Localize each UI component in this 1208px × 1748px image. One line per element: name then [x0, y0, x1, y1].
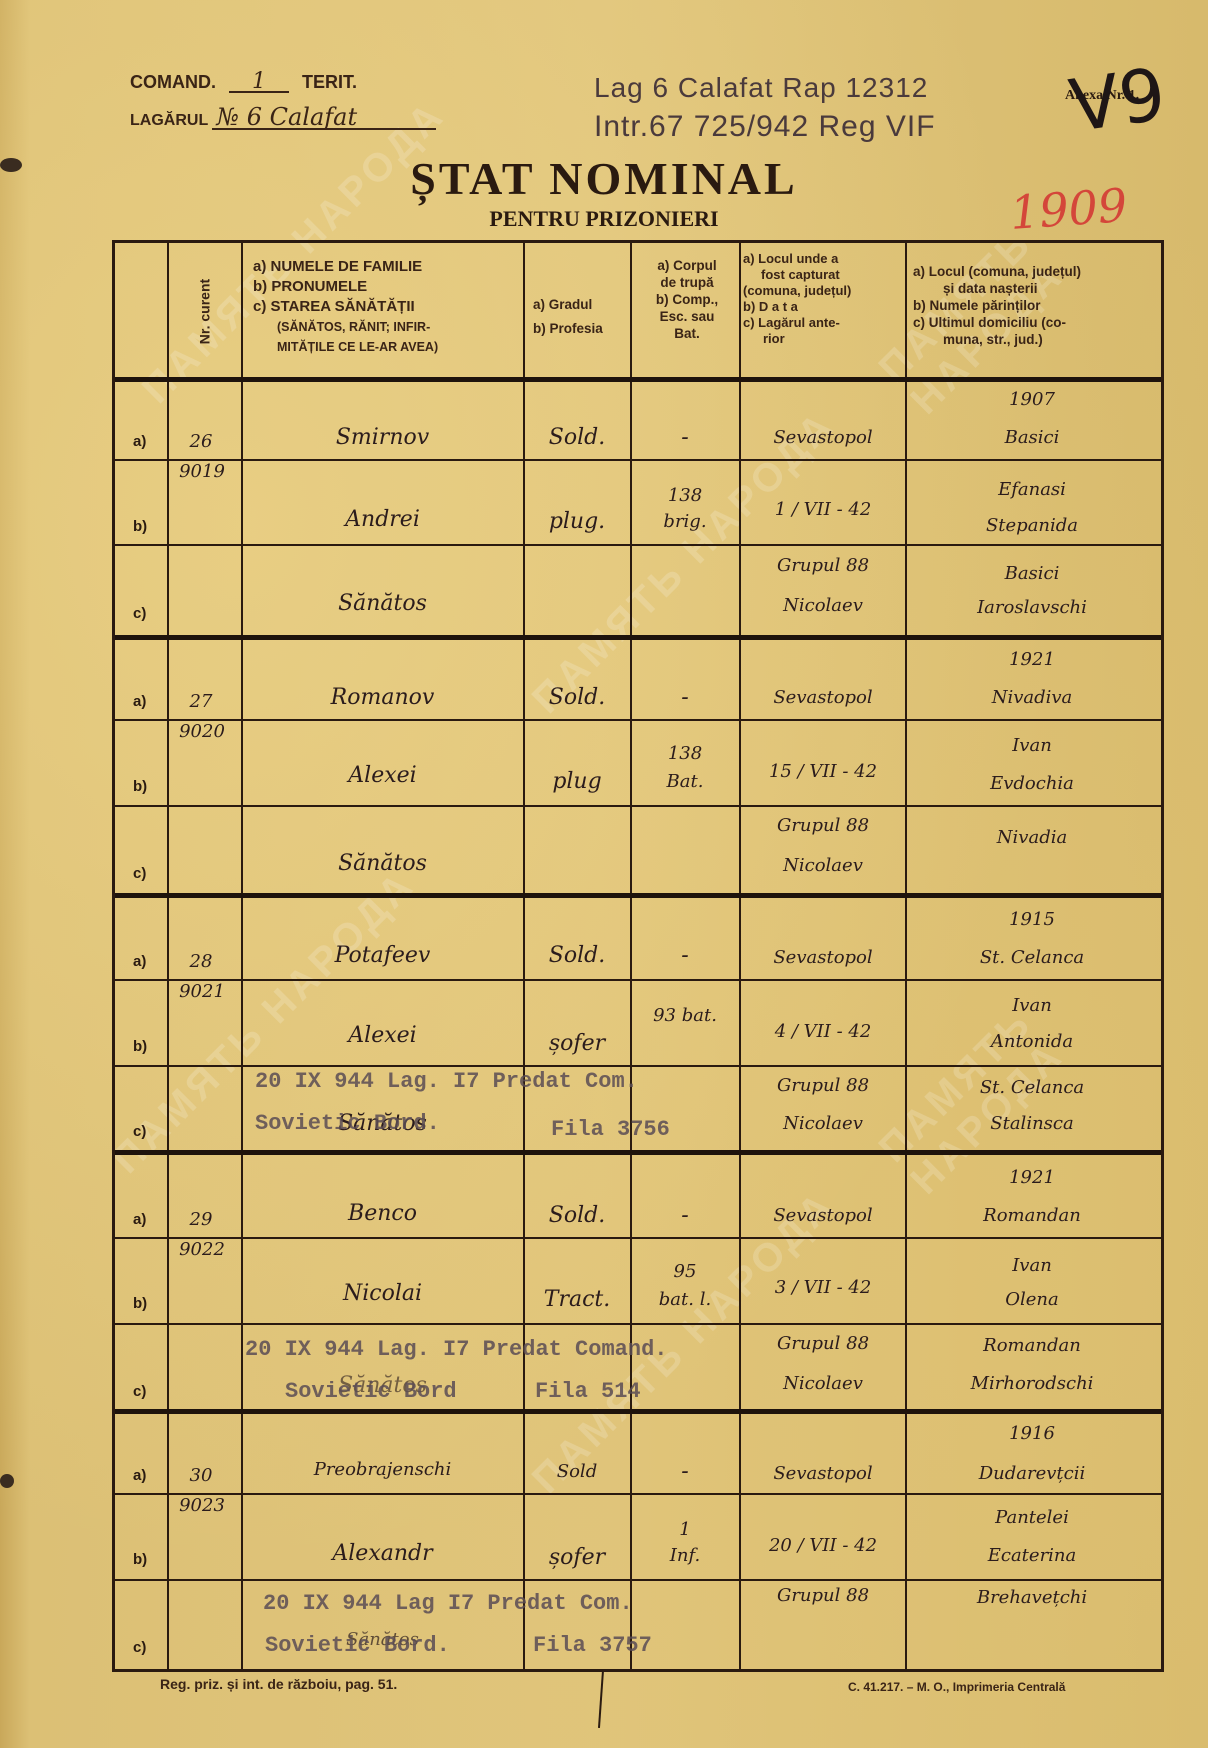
row-label-b: b) — [133, 778, 147, 795]
birth-place: Romandan — [907, 1205, 1157, 1226]
column-header-name: a) NUMELE DE FAMILIE b) PRONUMELE c) STA… — [253, 257, 518, 357]
capture-place: Sevastopol — [741, 427, 905, 448]
birth-year: 1921 — [907, 1167, 1157, 1188]
row-label-a: a) — [133, 693, 146, 710]
capture-date: 1 / VII - 42 — [741, 499, 905, 520]
binding-hole — [0, 1474, 14, 1488]
birth-year: 1915 — [907, 909, 1157, 930]
territory-label: TERIT. — [302, 72, 357, 92]
registration-number: 9022 — [167, 1239, 237, 1260]
unit-line-1: 138 — [632, 743, 738, 764]
capture-date: 4 / VII - 42 — [741, 1021, 905, 1042]
row-label-c: c) — [133, 1639, 146, 1656]
capture-place: Sevastopol — [741, 687, 905, 708]
last-domicile: Nivadia — [907, 827, 1157, 848]
capture-date: 15 / VII - 42 — [741, 761, 905, 782]
transfer-stamp: 20 IX 944 Lag. I7 Predat Comand. — [245, 1337, 667, 1362]
camp-value: № 6 Calafat — [212, 106, 436, 130]
capture-place: Sevastopol — [741, 1463, 905, 1484]
previous-camp: Grupul 88 — [741, 1585, 905, 1606]
previous-camp-city: Nicolaev — [741, 855, 905, 876]
pen-mark — [598, 1670, 604, 1728]
corps: - — [632, 425, 738, 450]
prisoner-register-table: Nr. curent a) NUMELE DE FAMILIE b) PRONU… — [112, 240, 1164, 1672]
birth-place: Nivadiva — [907, 687, 1157, 708]
entry-number: 27 — [171, 691, 231, 712]
health-status: Sănătos — [245, 591, 520, 616]
column-header-nr: Nr. curent — [175, 263, 235, 363]
row-label-b: b) — [133, 1551, 147, 1568]
grade: Sold — [525, 1461, 629, 1482]
profession: șofer — [525, 1031, 629, 1056]
last-domicile-district: Stalinsca — [907, 1113, 1157, 1134]
entry-number: 28 — [171, 951, 231, 972]
corps: - — [632, 1459, 738, 1484]
birth-year: 1907 — [907, 389, 1157, 410]
father-name: Ivan — [907, 1255, 1157, 1276]
previous-camp-city: Nicolaev — [741, 1373, 905, 1394]
corps: - — [632, 943, 738, 968]
last-domicile: Brehavețchi — [907, 1587, 1157, 1608]
father-name: Efanasi — [907, 479, 1157, 500]
birth-place: St. Celanca — [907, 947, 1157, 968]
previous-camp: Grupul 88 — [741, 555, 905, 576]
command-value: 1 — [229, 73, 289, 93]
mother-name: Evdochia — [907, 773, 1157, 794]
row-label-c: c) — [133, 605, 146, 622]
corps: - — [632, 1203, 738, 1228]
last-domicile-district: Mirhorodschi — [907, 1373, 1157, 1394]
surname: Benco — [245, 1201, 520, 1226]
registration-number: 9020 — [167, 721, 237, 742]
row-label-a: a) — [133, 1467, 146, 1484]
grade: Sold. — [525, 425, 629, 450]
column-header-unit: a) Corpul de trupă b) Comp., Esc. sau Ba… — [635, 257, 739, 342]
entry-number: 30 — [171, 1465, 231, 1486]
first-name: Andrei — [245, 507, 520, 532]
file-reference: Fila 3756 — [551, 1117, 670, 1142]
command-field: COMAND. 1 TERIT. — [130, 72, 357, 93]
footer-regulation-reference: Reg. priz. și int. de războiu, pag. 51. — [160, 1676, 397, 1692]
profession: plug — [525, 769, 629, 794]
registration-stamp-line-2: Intr.67 725/942 Reg VIF — [594, 110, 936, 144]
unit-line-1: 93 bat. — [632, 1005, 738, 1026]
camp-field: LAGĂRUL № 6 Calafat — [130, 106, 436, 130]
health-status: Sănătos — [245, 851, 520, 876]
column-header-birth: a) Locul (comuna, județul) și data naște… — [913, 263, 1158, 348]
entry-number: 26 — [171, 431, 231, 452]
surname: Smirnov — [245, 425, 520, 450]
unit-line-1: 138 — [632, 485, 738, 506]
mother-name: Antonida — [907, 1031, 1157, 1052]
camp-label: LAGĂRUL — [130, 112, 208, 129]
previous-camp-city: Nicolaev — [741, 1113, 905, 1134]
footer-printer-info: C. 41.217. – M. O., Imprimeria Centrală — [848, 1680, 1065, 1694]
mother-name: Olena — [907, 1289, 1157, 1310]
registration-stamp-line-1: Lag 6 Calafat Rap 12312 — [594, 72, 928, 104]
row-label-b: b) — [133, 1295, 147, 1312]
unit-line-1: 95 — [632, 1261, 738, 1282]
transfer-stamp-line-2: Sovietic Bord. — [265, 1633, 450, 1658]
registration-number: 9021 — [167, 981, 237, 1002]
mother-name: Stepanida — [907, 515, 1157, 536]
last-domicile: St. Celanca — [907, 1077, 1157, 1098]
last-domicile-district: Iaroslavschi — [907, 597, 1157, 618]
document-title: ȘTAT NOMINAL — [0, 152, 1208, 205]
profession: Tract. — [525, 1287, 629, 1312]
birth-year: 1916 — [907, 1423, 1157, 1444]
row-label-b: b) — [133, 1038, 147, 1055]
birth-place: Basici — [907, 427, 1157, 448]
registration-number: 9019 — [167, 461, 237, 482]
entry-number: 29 — [171, 1209, 231, 1230]
document-subtitle: PENTRU PRIZONIERI — [0, 206, 1208, 232]
profession: plug. — [525, 509, 629, 534]
transfer-stamp: 20 IX 944 Lag. I7 Predat Com. — [255, 1069, 638, 1094]
transfer-stamp-line-2: Sovietic Bord — [285, 1379, 457, 1404]
previous-camp-city: Nicolaev — [741, 595, 905, 616]
last-domicile: Basici — [907, 563, 1157, 584]
birth-year: 1921 — [907, 649, 1157, 670]
grade: Sold. — [525, 943, 629, 968]
registration-number: 9023 — [167, 1495, 237, 1516]
handwritten-mark: V9 — [1065, 52, 1171, 148]
row-label-a: a) — [133, 953, 146, 970]
row-label-a: a) — [133, 433, 146, 450]
corps: - — [632, 685, 738, 710]
unit-line-2: Inf. — [632, 1545, 738, 1566]
first-name: Alexei — [245, 1023, 520, 1048]
capture-date: 3 / VII - 42 — [741, 1277, 905, 1298]
row-label-c: c) — [133, 1123, 146, 1140]
father-name: Ivan — [907, 995, 1157, 1016]
row-label-b: b) — [133, 518, 147, 535]
command-label: COMAND. — [130, 72, 216, 92]
grade: Sold. — [525, 1203, 629, 1228]
birth-place: Dudarevțcii — [907, 1463, 1157, 1484]
last-domicile: Romandan — [907, 1335, 1157, 1356]
grade: Sold. — [525, 685, 629, 710]
file-reference: Fila 514 — [535, 1379, 641, 1404]
first-name: Nicolai — [245, 1281, 520, 1306]
surname: Potafeev — [245, 943, 520, 968]
father-name: Pantelei — [907, 1507, 1157, 1528]
transfer-stamp: 20 IX 944 Lag I7 Predat Com. — [263, 1591, 633, 1616]
unit-line-2: Bat. — [632, 771, 738, 792]
capture-place: Sevastopol — [741, 1205, 905, 1226]
first-name: Alexandr — [245, 1541, 520, 1566]
column-header-capture: a) Locul unde a fost capturat (comuna, j… — [743, 251, 903, 347]
column-header-grade: a) Gradul b) Profesia — [533, 293, 628, 341]
previous-camp: Grupul 88 — [741, 815, 905, 836]
first-name: Alexei — [245, 763, 520, 788]
mother-name: Ecaterina — [907, 1545, 1157, 1566]
transfer-stamp-line-2: Sovietic Bord. — [255, 1111, 440, 1136]
row-label-c: c) — [133, 1383, 146, 1400]
previous-camp: Grupul 88 — [741, 1333, 905, 1354]
unit-line-2: brig. — [632, 511, 738, 532]
capture-place: Sevastopol — [741, 947, 905, 968]
previous-camp: Grupul 88 — [741, 1075, 905, 1096]
profession: șofer — [525, 1545, 629, 1570]
father-name: Ivan — [907, 735, 1157, 756]
unit-line-1: 1 — [632, 1519, 738, 1540]
capture-date: 20 / VII - 42 — [741, 1535, 905, 1556]
surname: Romanov — [245, 685, 520, 710]
surname: Preobrajenschi — [245, 1459, 520, 1480]
row-label-a: a) — [133, 1211, 146, 1228]
row-label-c: c) — [133, 865, 146, 882]
unit-line-2: bat. l. — [632, 1289, 738, 1310]
file-reference: Fila 3757 — [533, 1633, 652, 1658]
